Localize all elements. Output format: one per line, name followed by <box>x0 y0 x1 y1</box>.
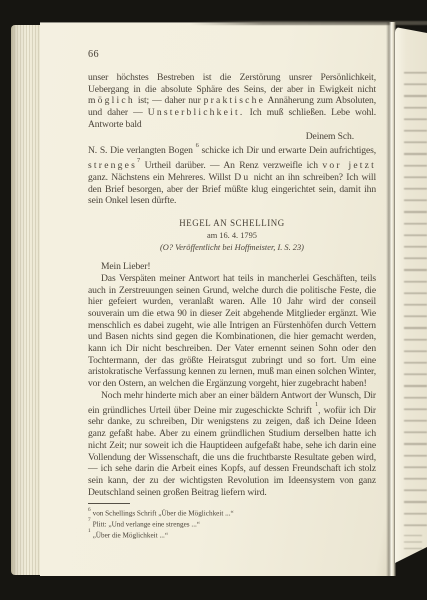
book-page: 66 unser höchstes Bestreben ist die Zers… <box>40 22 392 576</box>
page-stack-fore-edge <box>11 25 41 575</box>
text-column: unser höchstes Bestreben ist die Zerstör… <box>88 72 376 539</box>
postscript-emphasis-du: Du <box>234 172 250 183</box>
footnote-text: „Über die Möglichkeit ...“ <box>93 531 168 539</box>
body-paragraph-2: Noch mehr hinderte mich aber an einer bä… <box>88 390 376 499</box>
closing-emphasis-praktische: praktische <box>204 95 265 106</box>
closing-emphasis-moeglich: möglich <box>88 95 135 106</box>
footnote-separator-rule <box>88 503 130 504</box>
footnote-marker: 6 <box>88 507 91 513</box>
footnote: 6von Schellings Schrift „Über die Möglic… <box>88 507 376 518</box>
footnote-text: Plitt: „Und verlange eine strenges ...“ <box>93 520 200 528</box>
letter-source-note: (O? Veröffentlicht bei Hoffmeister, I. S… <box>88 242 376 254</box>
footnotes-block: 6von Schellings Schrift „Über die Möglic… <box>88 503 376 539</box>
footnote-ref-6: 6 <box>196 142 199 149</box>
footnote-text: von Schellings Schrift „Über die Möglich… <box>93 510 234 518</box>
book-photograph: 66 unser höchstes Bestreben ist die Zers… <box>0 0 427 600</box>
page-gutter-shadow <box>386 22 396 576</box>
footnote-marker: 1 <box>88 528 91 534</box>
footnote: 7Plitt: „Und verlange eine strenges ...“ <box>88 518 376 529</box>
postscript-emphasis-strenges: strenges <box>88 160 137 171</box>
postscript-paragraph: N. S. Die verlangten Bogen 6 schicke ich… <box>88 142 376 207</box>
next-page-footnote-blur <box>404 535 422 549</box>
footnote-ref-1: 1 <box>315 401 318 408</box>
body-paragraph-1: Das Verspäten meiner Antwort hat teils i… <box>88 273 376 390</box>
postscript-text: N. S. Die verlangten Bogen <box>88 145 196 156</box>
postscript-text: ganz. Nächstens ein Mehreres. Willst <box>88 172 234 183</box>
postscript-emphasis-vor-jetzt: vor jetzt <box>322 160 376 171</box>
salutation: Mein Lieber! <box>88 261 376 273</box>
postscript-text: schicke ich Dir und erwarte Dein aufrich… <box>199 145 376 156</box>
next-page-sliver <box>395 27 427 563</box>
letter-heading-block: HEGEL AN SCHELLING am 16. 4. 1795 (O? Ve… <box>88 217 376 254</box>
footnote: 1„Über die Möglichkeit ...“ <box>88 529 376 540</box>
body-text: , wofür ich Dir sehr danke, zu schreiben… <box>88 405 376 498</box>
letter-title: HEGEL AN SCHELLING <box>88 217 376 230</box>
footnote-ref-7: 7 <box>137 157 140 164</box>
closing-text: unser höchstes Bestreben ist die Zerstör… <box>88 72 376 95</box>
closing-text: ist; — daher nur <box>135 95 204 106</box>
next-page-text-blur <box>404 72 427 527</box>
closing-emphasis-unsterblichkeit: Unsterblichkeit. <box>148 107 245 118</box>
postscript-text: Urtheil darüber. — An Renz verzweifle ic… <box>140 160 322 171</box>
page-number: 66 <box>88 49 99 60</box>
footnote-marker: 7 <box>88 517 91 523</box>
letter-closing-paragraph: unser höchstes Bestreben ist die Zerstör… <box>88 72 376 131</box>
letter-date: am 16. 4. 1795 <box>88 230 376 242</box>
signature-line: Deinem Sch. <box>88 131 376 143</box>
